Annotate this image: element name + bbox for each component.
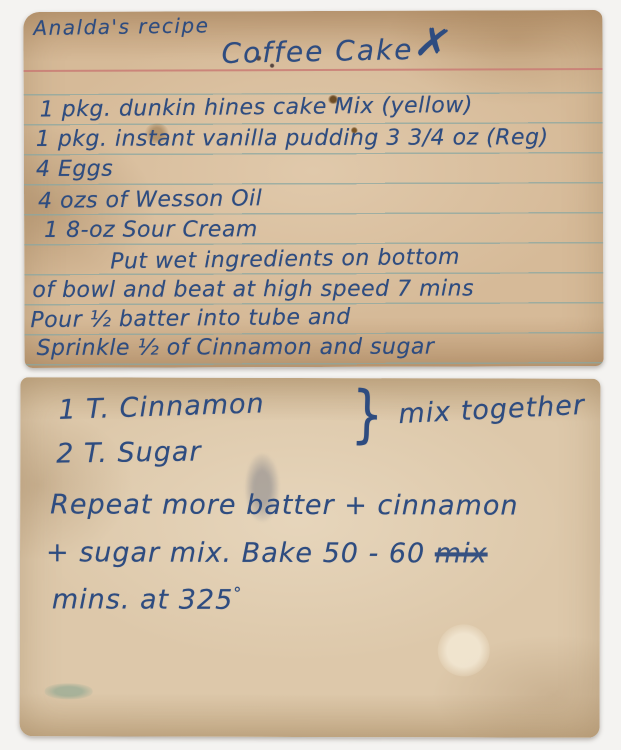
temp-text: mins. at 325 (52, 584, 233, 615)
faded-spot (438, 624, 490, 676)
ingredient-line: 4 Eggs (36, 157, 113, 182)
ingredient-line: 4 ozs of Wesson Oil (38, 186, 263, 214)
instruction-line: Repeat more batter + cinnamon (50, 489, 518, 521)
mix-item: 2 T. Sugar (56, 436, 202, 469)
recipe-card-front: Analda's recipe Coffee Cake ✗ 1 pkg. dun… (23, 10, 603, 368)
ingredient-line: 1 pkg. dunkin hines cake Mix (yellow) (40, 93, 473, 123)
header-rule-line (24, 68, 603, 72)
green-smudge (45, 683, 93, 699)
bake-text: + sugar mix. Bake 50 - 60 (46, 537, 425, 569)
mix-note: mix together (398, 390, 586, 430)
recipe-title: Coffee Cake (221, 33, 414, 70)
instruction-line: mins. at 325° (52, 583, 243, 615)
instruction-line: + sugar mix. Bake 50 - 60 mix (46, 537, 488, 569)
ingredient-line: 1 pkg. instant vanilla pudding 3 3/4 oz … (36, 125, 549, 152)
ingredient-line: 1 8-oz Sour Cream (44, 217, 258, 243)
scan-background: Analda's recipe Coffee Cake ✗ 1 pkg. dun… (0, 0, 621, 750)
instruction-line: Pour ½ batter into tube and (30, 305, 351, 333)
degree-mark: ° (233, 584, 242, 603)
recipe-card-back: 1 T. Cinnamon } mix together 2 T. Sugar … (20, 377, 601, 738)
instruction-line: of bowl and beat at high speed 7 mins (32, 276, 474, 303)
corner-note: Analda's recipe (33, 13, 209, 40)
instruction-line: Sprinkle ½ of Cinnamon and sugar (37, 335, 435, 361)
mix-item: 1 T. Cinnamon (58, 388, 265, 426)
crossed-out-word: mix (435, 538, 488, 569)
instruction-line: Put wet ingredients on bottom (110, 245, 460, 275)
brace-mark: } (350, 377, 385, 451)
x-mark: ✗ (411, 15, 456, 70)
